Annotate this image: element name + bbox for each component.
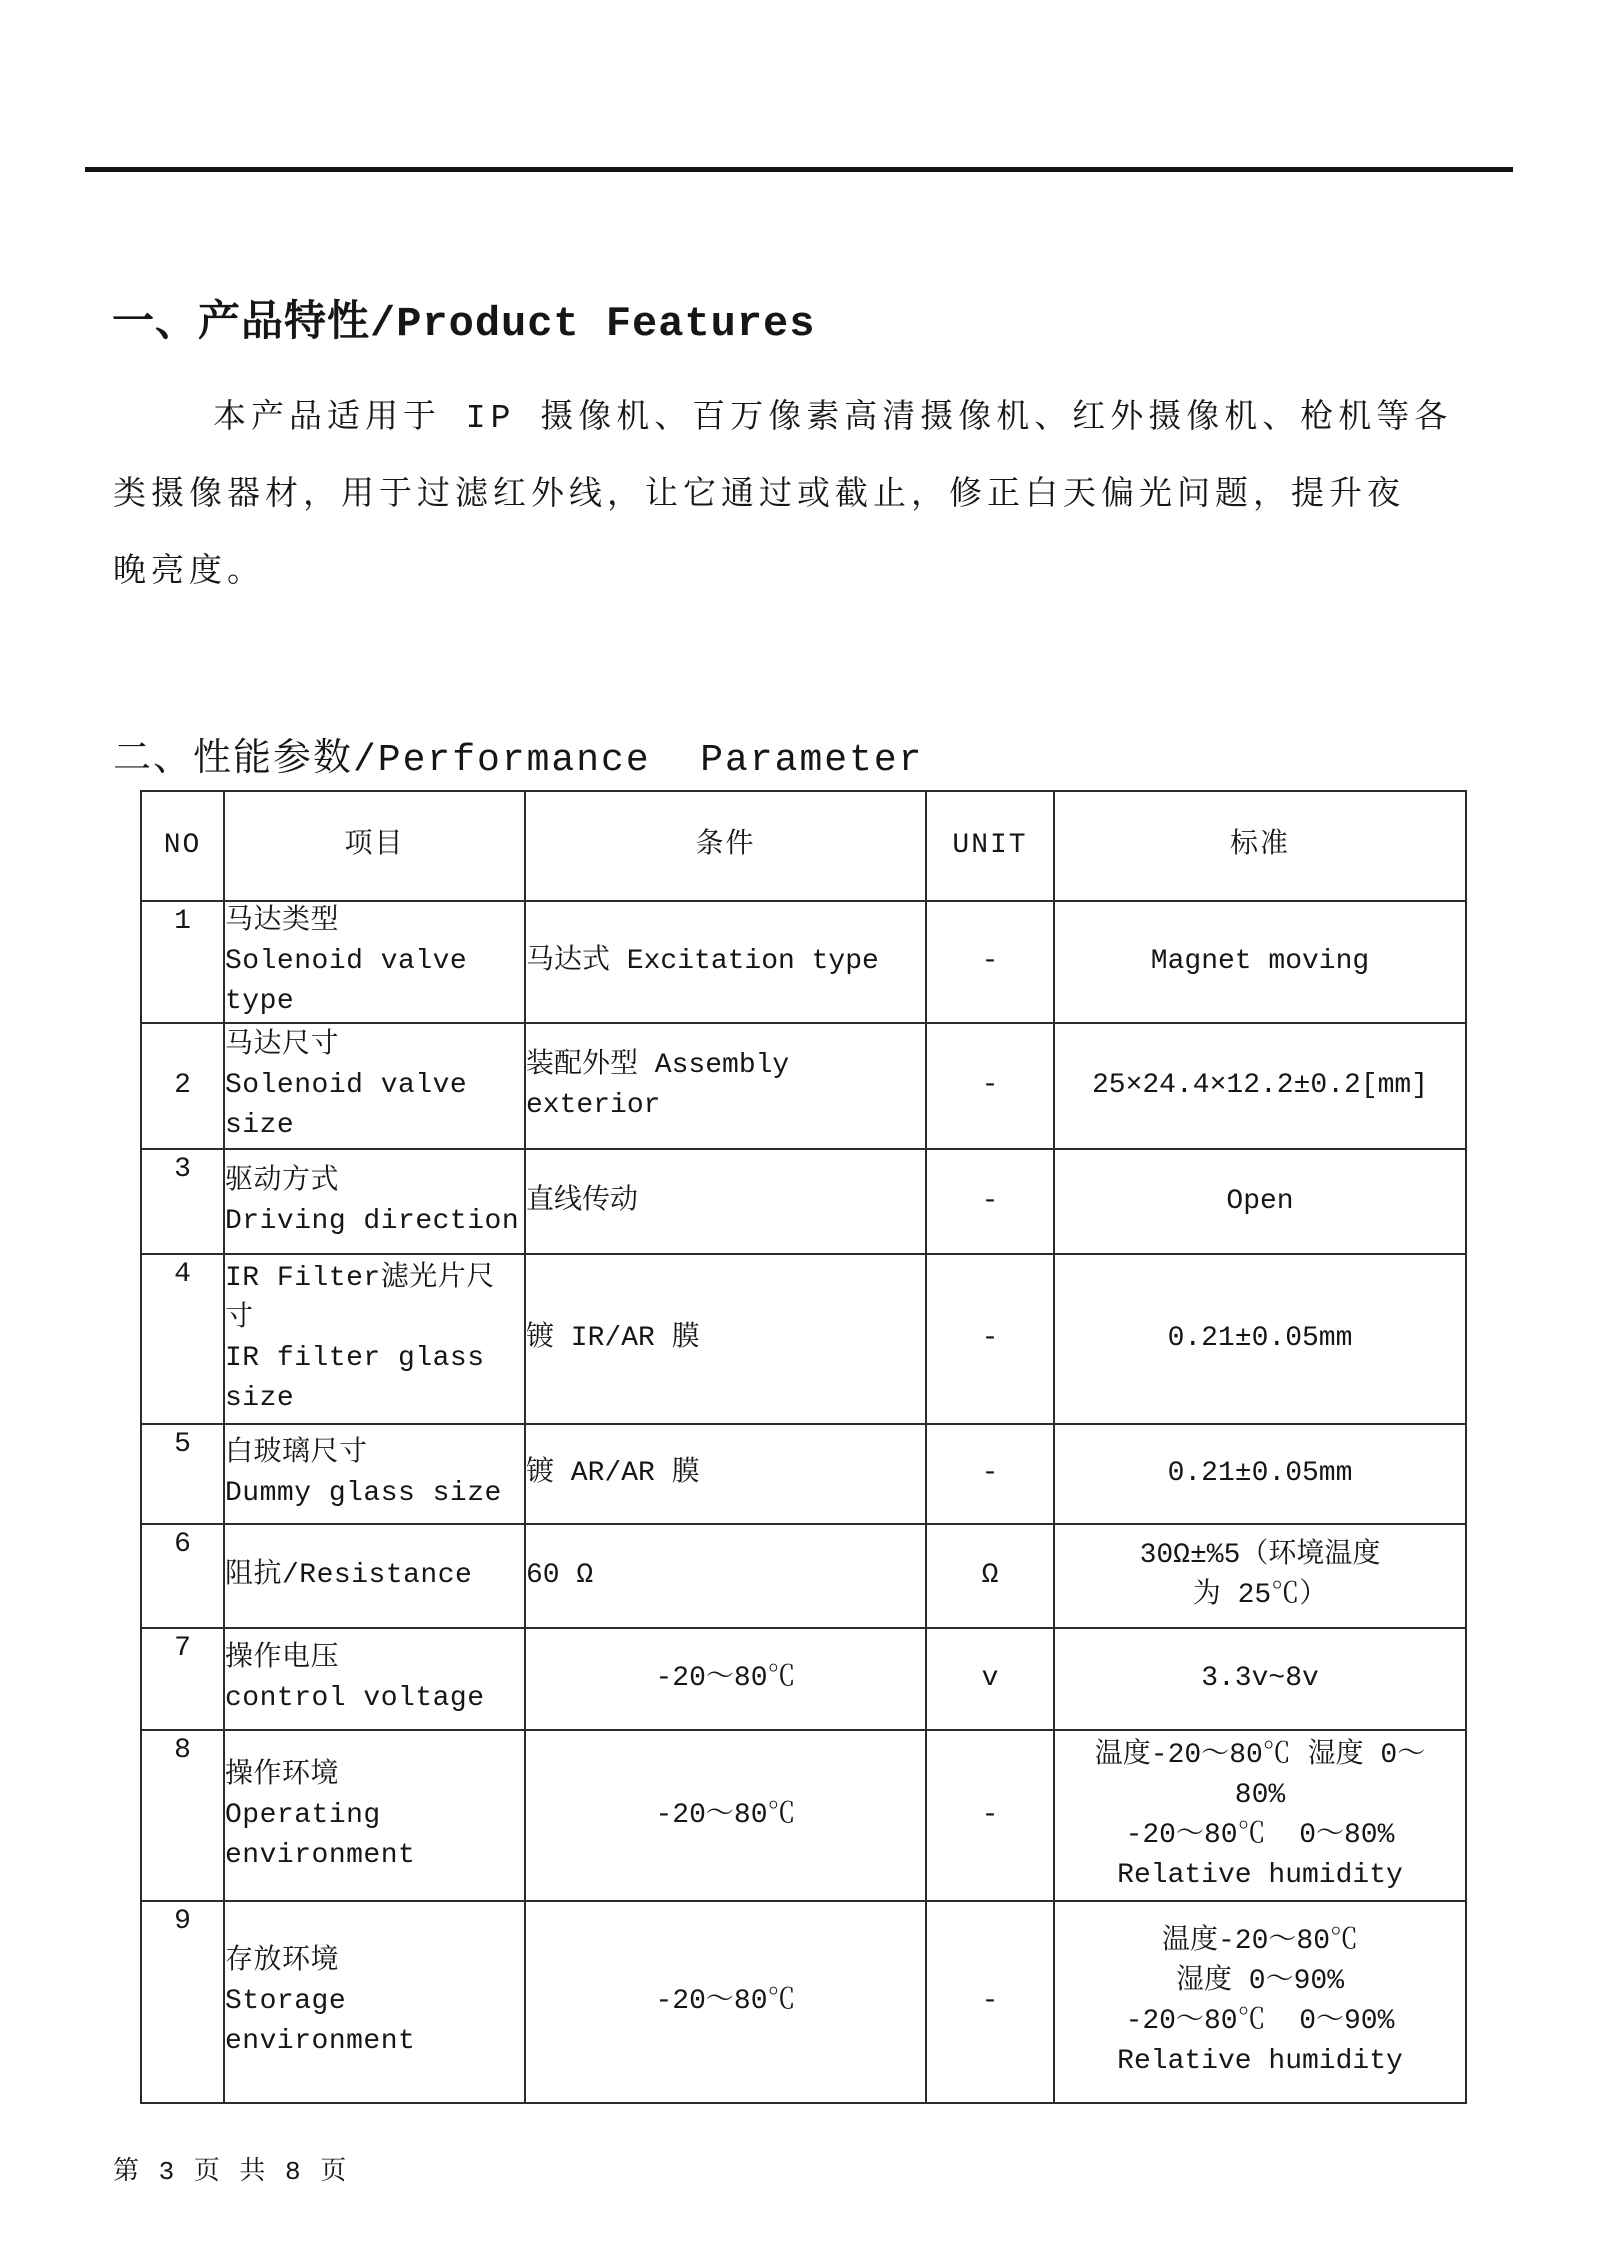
paragraph-line: 类摄像器材，用于过滤红外线，让它通过或截止，修正白天偏光问题，提升夜 — [113, 457, 1453, 534]
table-row: 4 IR Filter滤光片尺 寸 IR filter glass size 镀… — [141, 1254, 1466, 1424]
column-header-unit: UNIT — [926, 791, 1054, 901]
cell-no: 8 — [141, 1730, 224, 1901]
cell-standard: 30Ω±%5（环境温度 为 25℃） — [1054, 1524, 1466, 1628]
table-header-row: NO 项目 条件 UNIT 标准 — [141, 791, 1466, 901]
cell-unit: - — [926, 901, 1054, 1023]
cell-item: 操作电压 control voltage — [224, 1628, 525, 1730]
paragraph-line: 本产品适用于 IP 摄像机、百万像素高清摄像机、红外摄像机、枪机等各 — [113, 380, 1453, 457]
section-heading-product-features: 一、产品特性/Product Features — [112, 288, 815, 348]
cell-unit: - — [926, 1023, 1054, 1149]
page-number-footer: 第 3 页 共 8 页 — [113, 2150, 348, 2187]
cell-item: 操作环境 Operating environment — [224, 1730, 525, 1901]
cell-no: 6 — [141, 1524, 224, 1628]
column-header-standard: 标准 — [1054, 791, 1466, 901]
cell-unit: - — [926, 1901, 1054, 2103]
cell-no: 2 — [141, 1023, 224, 1149]
document-page: 一、产品特性/Product Features 本产品适用于 IP 摄像机、百万… — [0, 0, 1600, 2263]
cell-item: 白玻璃尺寸 Dummy glass size — [224, 1424, 525, 1524]
cell-standard: 温度-20～80℃ 湿度 0～90% -20～80℃ 0～90% Relativ… — [1054, 1901, 1466, 2103]
cell-standard: 0.21±0.05mm — [1054, 1254, 1466, 1424]
column-header-condition: 条件 — [525, 791, 926, 901]
cell-item: 马达类型 Solenoid valve type — [224, 901, 525, 1023]
cell-standard: Open — [1054, 1149, 1466, 1254]
cell-standard: 3.3v~8v — [1054, 1628, 1466, 1730]
cell-condition: 马达式 Excitation type — [525, 901, 926, 1023]
paragraph-line: 晚亮度。 — [113, 534, 1453, 611]
cell-standard: 温度-20～80℃ 湿度 0～ 80% -20～80℃ 0～80% Relati… — [1054, 1730, 1466, 1901]
cell-condition: 镀 AR/AR 膜 — [525, 1424, 926, 1524]
product-features-paragraph: 本产品适用于 IP 摄像机、百万像素高清摄像机、红外摄像机、枪机等各 类摄像器材… — [113, 380, 1453, 611]
cell-item: 马达尺寸 Solenoid valve size — [224, 1023, 525, 1149]
cell-item: 存放环境 Storage environment — [224, 1901, 525, 2103]
cell-unit: - — [926, 1730, 1054, 1901]
cell-no: 7 — [141, 1628, 224, 1730]
cell-unit: v — [926, 1628, 1054, 1730]
cell-standard: 0.21±0.05mm — [1054, 1424, 1466, 1524]
cell-condition: -20～80℃ — [525, 1901, 926, 2103]
cell-unit: Ω — [926, 1524, 1054, 1628]
cell-no: 1 — [141, 901, 224, 1023]
cell-unit: - — [926, 1149, 1054, 1254]
table-row: 2 马达尺寸 Solenoid valve size 装配外型 Assembly… — [141, 1023, 1466, 1149]
table-row: 8 操作环境 Operating environment -20～80℃ - 温… — [141, 1730, 1466, 1901]
column-header-no: NO — [141, 791, 224, 901]
cell-no: 4 — [141, 1254, 224, 1424]
cell-condition: 装配外型 Assembly exterior — [525, 1023, 926, 1149]
cell-no: 5 — [141, 1424, 224, 1524]
cell-condition: 60 Ω — [525, 1524, 926, 1628]
cell-unit: - — [926, 1424, 1054, 1524]
cell-no: 3 — [141, 1149, 224, 1254]
cell-item: 阻抗/Resistance — [224, 1524, 525, 1628]
table-row: 9 存放环境 Storage environment -20～80℃ - 温度-… — [141, 1901, 1466, 2103]
cell-unit: - — [926, 1254, 1054, 1424]
performance-parameter-table: NO 项目 条件 UNIT 标准 1 马达类型 Solenoid valve t… — [140, 790, 1467, 2104]
table-row: 5 白玻璃尺寸 Dummy glass size 镀 AR/AR 膜 - 0.2… — [141, 1424, 1466, 1524]
cell-condition: 镀 IR/AR 膜 — [525, 1254, 926, 1424]
table-row: 6 阻抗/Resistance 60 Ω Ω 30Ω±%5（环境温度 为 25℃… — [141, 1524, 1466, 1628]
cell-no: 9 — [141, 1901, 224, 2103]
cell-condition: -20～80℃ — [525, 1730, 926, 1901]
cell-condition: 直线传动 — [525, 1149, 926, 1254]
section-heading-performance-parameter: 二、性能参数/Performance Parameter — [113, 726, 924, 782]
table-row: 7 操作电压 control voltage -20～80℃ v 3.3v~8v — [141, 1628, 1466, 1730]
table-row: 3 驱动方式 Driving direction 直线传动 - Open — [141, 1149, 1466, 1254]
table-row: 1 马达类型 Solenoid valve type 马达式 Excitatio… — [141, 901, 1466, 1023]
cell-condition: -20～80℃ — [525, 1628, 926, 1730]
cell-item: 驱动方式 Driving direction — [224, 1149, 525, 1254]
cell-item: IR Filter滤光片尺 寸 IR filter glass size — [224, 1254, 525, 1424]
cell-standard: 25×24.4×12.2±0.2[mm] — [1054, 1023, 1466, 1149]
column-header-item: 项目 — [224, 791, 525, 901]
horizontal-rule — [85, 167, 1513, 172]
cell-standard: Magnet moving — [1054, 901, 1466, 1023]
